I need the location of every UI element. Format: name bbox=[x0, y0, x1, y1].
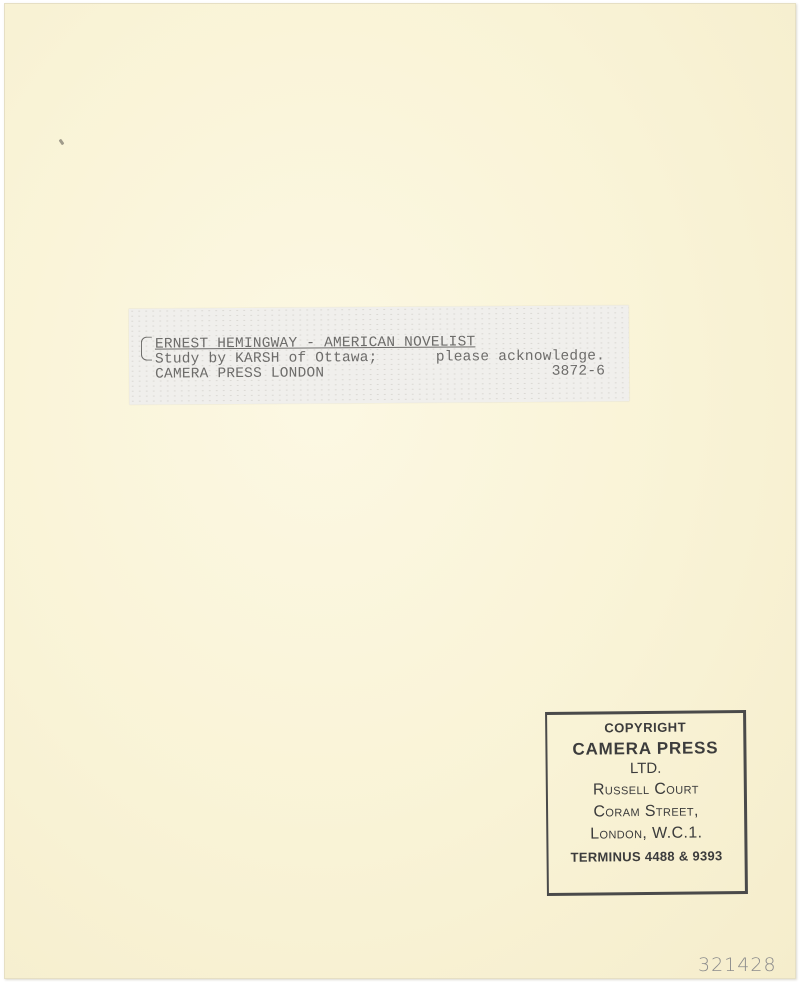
caption-agency-line: CAMERA PRESS LONDON 3872-6 bbox=[155, 364, 605, 382]
stamp-ltd: LTD. bbox=[548, 759, 744, 778]
stamp-telephone: TERMINUS 4488 & 9393 bbox=[548, 848, 744, 865]
paper-blemish bbox=[59, 139, 65, 146]
caption-credit-line: Study by KARSH of Ottawa; please acknowl… bbox=[155, 349, 605, 367]
handwritten-catalog-number: 321428 bbox=[698, 954, 777, 976]
stamp-agency-name: CAMERA PRESS bbox=[547, 738, 743, 760]
stamp-address-2: Coram Street, bbox=[548, 802, 744, 822]
handwritten-bracket-mark bbox=[141, 337, 152, 361]
stamp-address-3: London, W.C.1. bbox=[548, 824, 744, 844]
stamp-address-1: Russell Court bbox=[548, 780, 744, 800]
photo-reverse-paper: ERNEST HEMINGWAY - AMERICAN NOVELIST Stu… bbox=[4, 3, 796, 979]
caption-label: ERNEST HEMINGWAY - AMERICAN NOVELIST Stu… bbox=[129, 305, 630, 404]
caption-agency: CAMERA PRESS LONDON bbox=[155, 366, 324, 382]
caption-reference-number: 3872-6 bbox=[552, 364, 606, 379]
stamp-copyright: COPYRIGHT bbox=[547, 719, 743, 736]
copyright-stamp: COPYRIGHT CAMERA PRESS LTD. Russell Cour… bbox=[545, 710, 748, 896]
